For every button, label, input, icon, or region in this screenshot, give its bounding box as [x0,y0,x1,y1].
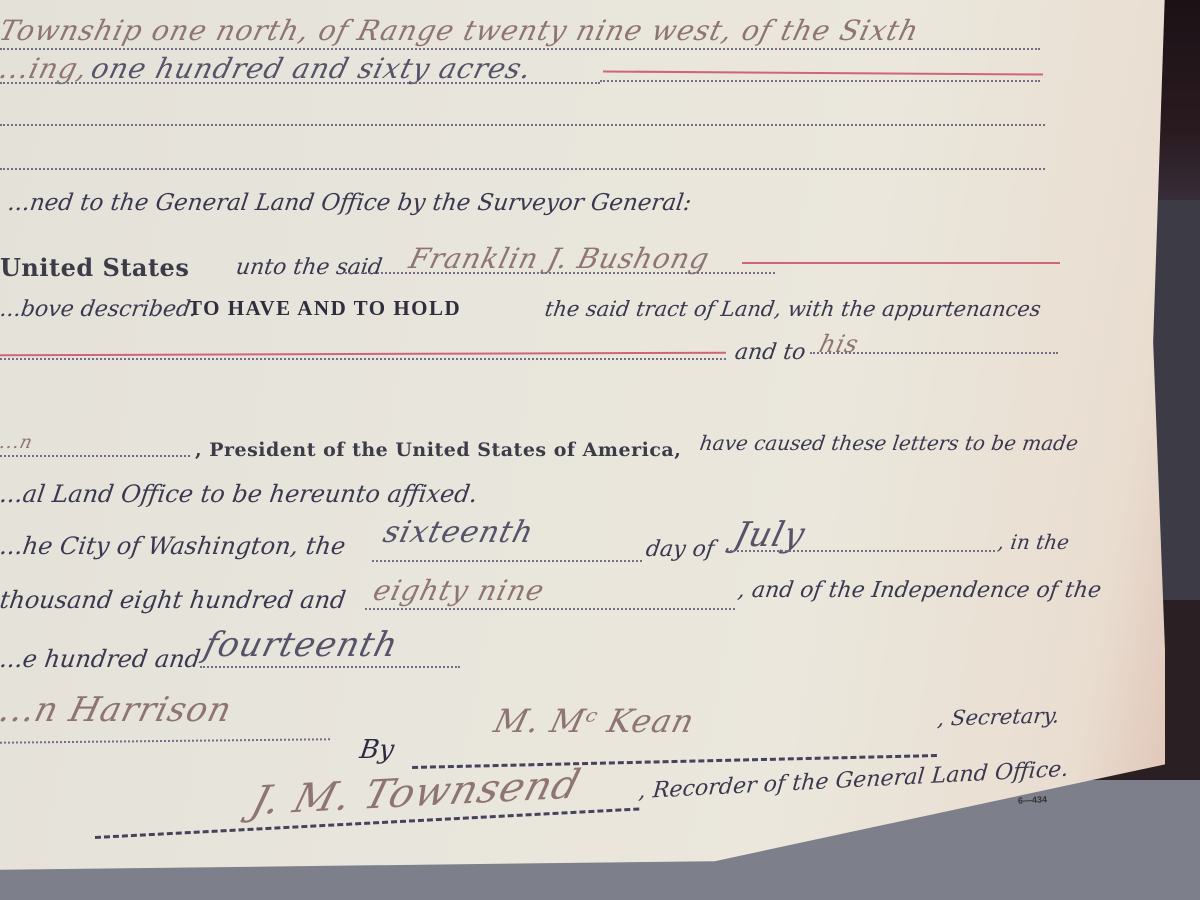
president-title: , President of the United States of Amer… [195,439,681,461]
acreage-text: one hundred and sixty acres. [88,52,536,85]
year-value: eighty nine [370,574,548,607]
independence-clause: , and of the Independence of the [736,578,1103,603]
and-to: and to [733,340,807,365]
rule [345,272,775,274]
rule [0,168,1045,170]
day-of: day of [644,537,716,562]
line-2-prefix: ...ing, [0,52,92,85]
day-value: sixteenth [380,515,538,550]
rule [0,82,600,84]
rule [0,358,726,360]
rule [810,352,1058,354]
secretary-signature: M. Mᶜ Kean [490,702,698,740]
rule [200,666,460,668]
rule [0,48,1040,50]
year-clause: thousand eight hundred and [0,586,348,614]
president-signature: ...n Harrison [0,690,236,730]
by-label: By [358,735,396,765]
independence-year-value: fourteenth [200,625,403,665]
grantee-name: Franklin J. Bushong [406,242,713,275]
habendum-clause: TO HAVE AND TO HOLD [188,296,461,321]
rule [372,560,642,562]
rule [0,124,1045,126]
legal-description-line-1: Township one north, of Range twenty nine… [0,14,923,47]
surveyor-general-clause: ...ned to the General Land Office by the… [6,190,693,216]
month-value: July [730,515,810,555]
city-of-washington: ...he City of Washington, the [0,532,347,560]
unto-the-said: unto the said [234,255,383,280]
rule [365,608,735,610]
rule [0,455,190,457]
line-7-prefix: ...n [0,432,35,453]
in-the: , in the [996,530,1070,554]
red-rule [742,262,1060,264]
rule [730,550,995,552]
above-described: ...bove described: [0,297,199,322]
secretary-title: , Secretary. [936,703,1060,730]
letters-patent-clause: have caused these letters to be made [698,431,1079,455]
seal-clause: ...al Land Office to be hereunto affixed… [0,480,479,508]
form-number: 6—434 [1018,794,1048,806]
rule [600,80,1040,82]
independence-year-clause: ...e hundred and [0,645,202,673]
united-states-heading: United States [0,253,189,282]
appurtenances-clause: the said tract of Land, with the appurte… [543,297,1042,321]
